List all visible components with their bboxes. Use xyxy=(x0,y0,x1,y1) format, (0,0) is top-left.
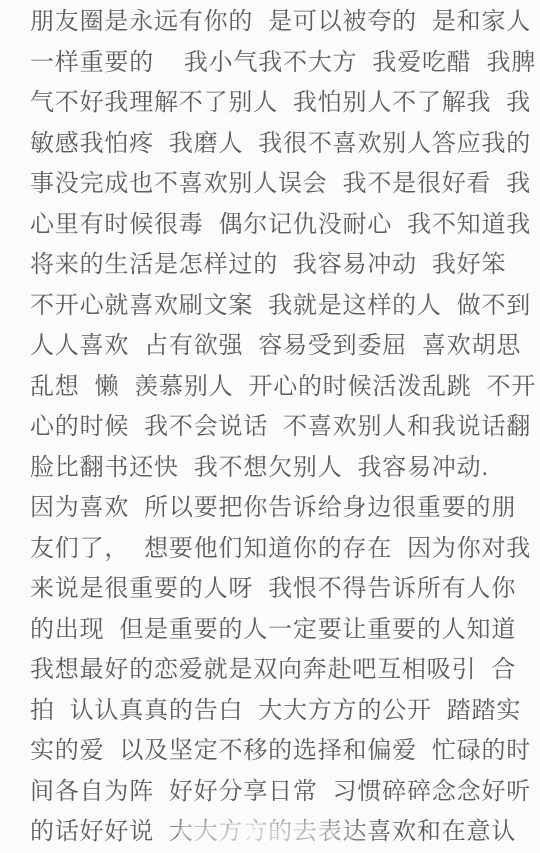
text-line: 朋友圈是永远有你的 是可以被夸的 是和家人 xyxy=(30,2,516,43)
text-line: 敏感我怕疼 我磨人 我很不喜欢别人答应我的 xyxy=(30,124,516,165)
text-line: 事没完成也不喜欢别人误会 我不是很好看 我 xyxy=(30,164,516,205)
text-line: 心的时候 我不会说话 不喜欢别人和我说话翻 xyxy=(30,407,516,448)
text-line: 的话好好说 大大方方的去表达喜欢和在意认 xyxy=(30,812,516,853)
text-line: 实的爱 以及坚定不移的选择和偏爱 忙碌的时 xyxy=(30,731,516,772)
text-line: 心里有时候很毒 偶尔记仇没耐心 我不知道我 xyxy=(30,205,516,246)
text-line: 将来的生活是怎样过的 我容易冲动 我好笨 xyxy=(30,245,516,286)
text-line: 的出现 但是重要的人一定要让重要的人知道 xyxy=(30,610,516,651)
text-line: 脸比翻书还快 我不想欠别人 我容易冲动. xyxy=(30,448,516,489)
text-line: 拍 认认真真的告白 大大方方的公开 踏踏实 xyxy=(30,691,516,732)
text-line: 因为喜欢 所以要把你告诉给身边很重要的朋 xyxy=(30,488,516,529)
text-line: 友们了， 想要他们知道你的存在 因为你对我 xyxy=(30,529,516,570)
text-line: 不开心就喜欢刷文案 我就是这样的人 做不到 xyxy=(30,286,516,327)
text-line: 气不好我理解不了别人 我怕别人不了解我 我 xyxy=(30,83,516,124)
text-line: 我想最好的恋爱就是双向奔赴吧互相吸引 合 xyxy=(30,650,516,691)
text-line: 一样重要的 我小气我不大方 我爱吃醋 我脾 xyxy=(30,43,516,84)
text-line: 乱想 懒 羡慕别人 开心的时候活泼乱跳 不开 xyxy=(30,367,516,408)
text-line: 人人喜欢 占有欲强 容易受到委屈 喜欢胡思 xyxy=(30,326,516,367)
text-post: 朋友圈是永远有你的 是可以被夸的 是和家人 一样重要的 我小气我不大方 我爱吃醋… xyxy=(0,0,540,853)
text-line: 来说是很重要的人呀 我恨不得告诉所有人你 xyxy=(30,569,516,610)
text-line: 间各自为阵 好好分享日常 习惯碎碎念念好听 xyxy=(30,772,516,813)
